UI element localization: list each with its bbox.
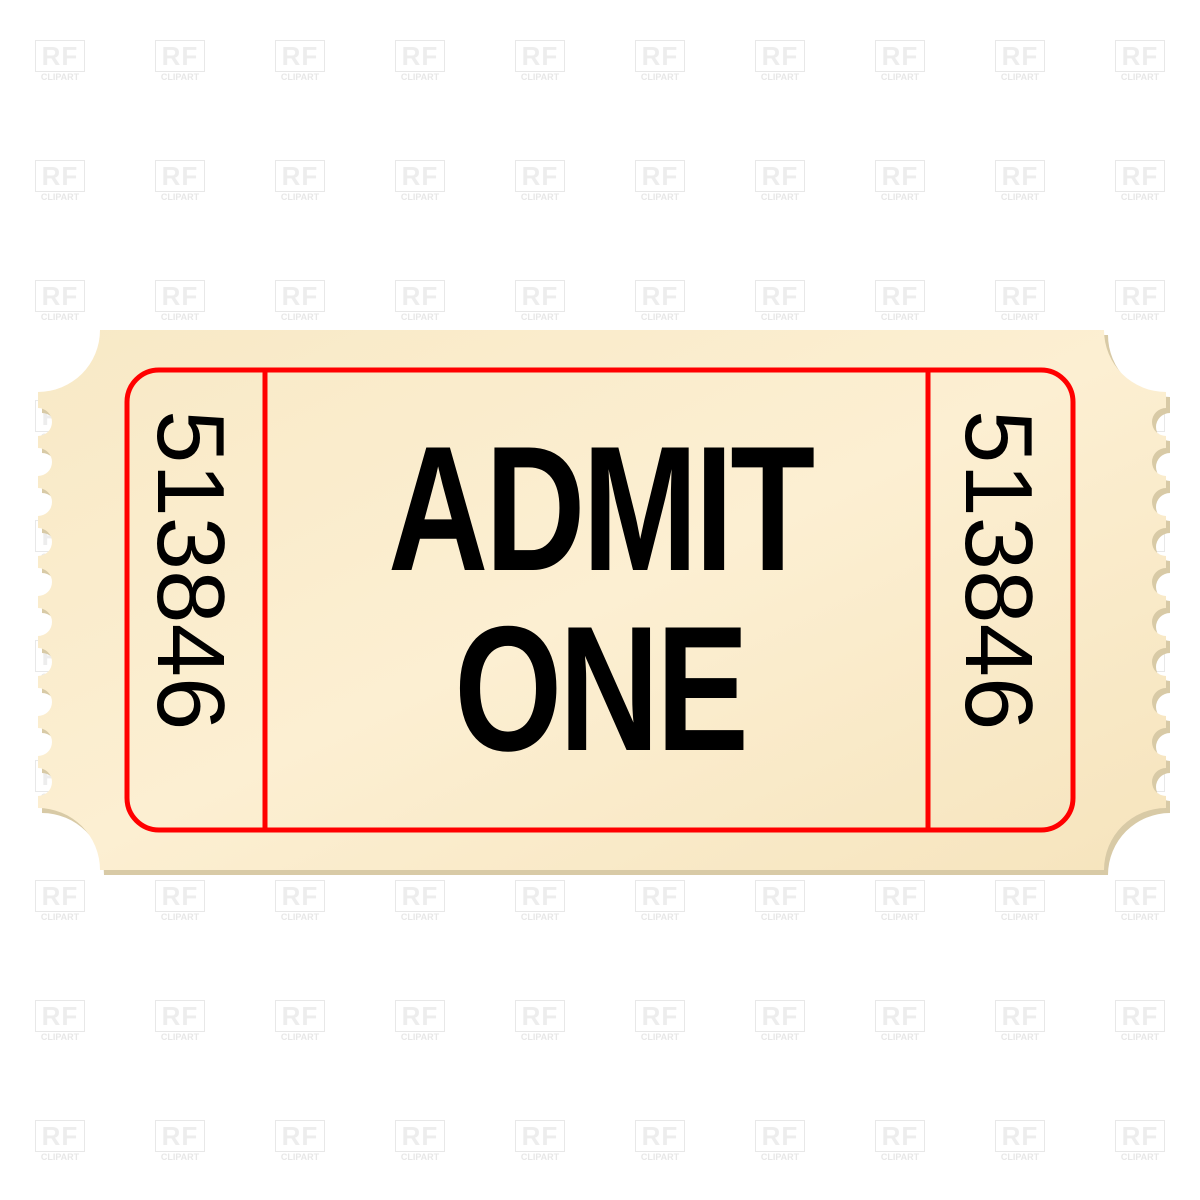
headline-one: ONE	[343, 600, 858, 778]
serial-number-left: 513846	[142, 410, 238, 710]
headline-admit: ADMIT	[343, 420, 858, 598]
serial-number-right: 513846	[950, 410, 1046, 710]
